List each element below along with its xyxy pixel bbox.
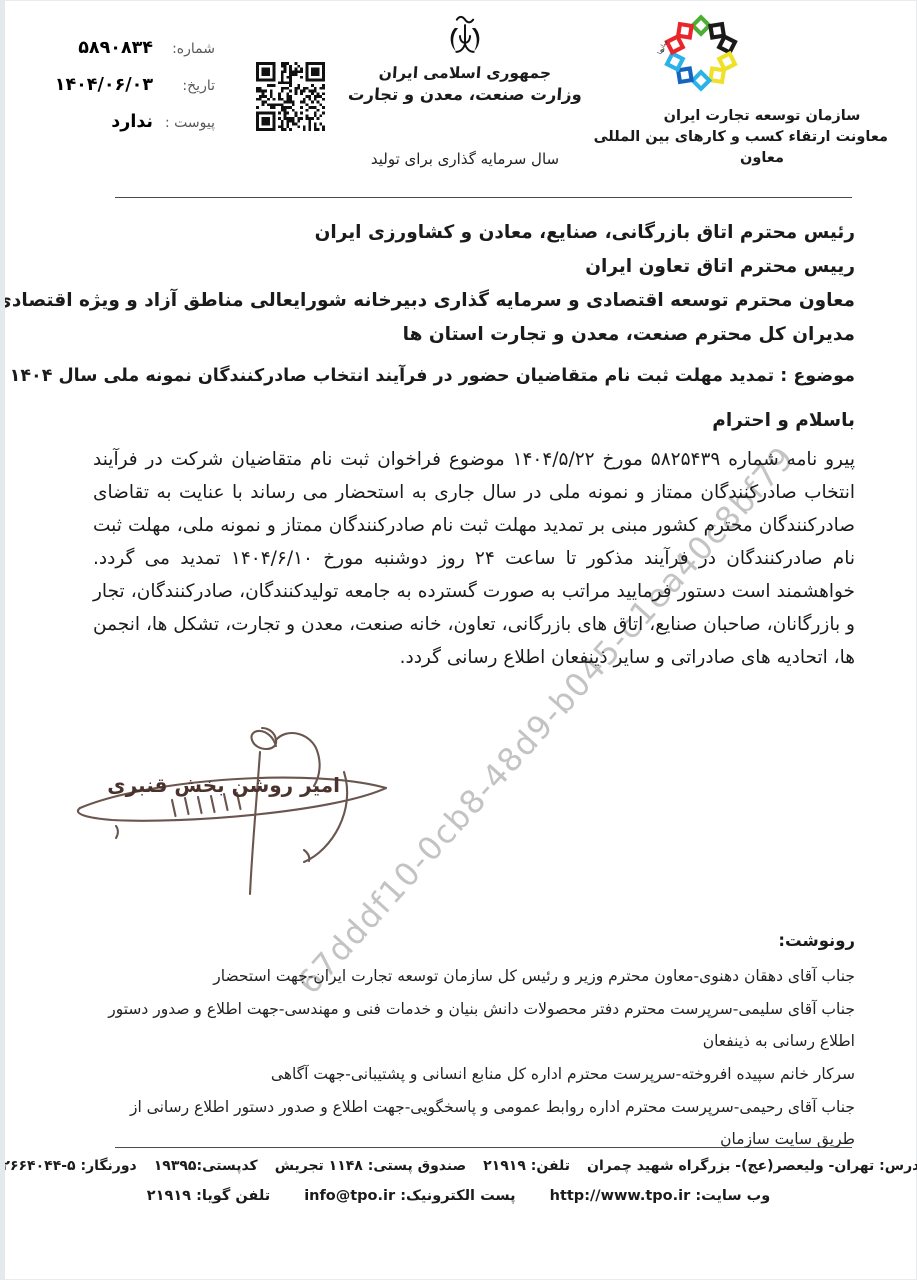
org-line-3: معاون bbox=[636, 148, 888, 169]
footer-website-label: وب سایت: bbox=[695, 1188, 770, 1204]
doc-date-label: تاریخ: bbox=[163, 78, 215, 94]
cc-item: سرکار خانم سپیده افروخته-سرپرست محترم اد… bbox=[89, 1058, 855, 1090]
footer-divider bbox=[115, 1147, 852, 1148]
header-divider bbox=[115, 197, 852, 198]
page-edge bbox=[0, 0, 5, 1280]
signature-icon bbox=[62, 698, 402, 903]
recipient-line: مدیران کل محترم صنعت، معدن و تجارت استان… bbox=[85, 318, 855, 352]
state-name: جمهوری اسلامی ایران bbox=[339, 64, 590, 82]
subject-line: موضوع : تمدید مهلت ثبت نام متقاضیان حضور… bbox=[65, 366, 855, 386]
recipient-line: رییس محترم اتاق تعاون ایران bbox=[85, 250, 855, 284]
recipient-line: معاون محترم توسعه اقتصادی و سرمایه گذاری… bbox=[85, 284, 855, 318]
doc-date-row: تاریخ: ۱۴۰۴/۰۶/۰۳ bbox=[45, 75, 215, 95]
footer-contact-line: آدرس: تهران- ولیعصر(عج)- بزرگراه شهید چم… bbox=[40, 1158, 877, 1174]
doc-date-value: ۱۴۰۴/۰۶/۰۳ bbox=[55, 75, 153, 95]
footer-pobox: صندوق پستی: ۱۱۴۸ تجریش bbox=[275, 1158, 466, 1174]
footer-website: وب سایت: http://www.tpo.ir bbox=[550, 1188, 771, 1204]
letter-page: شماره: ۵۸۹۰۸۳۴ تاریخ: ۱۴۰۴/۰۶/۰۳ پیوست :… bbox=[0, 0, 917, 1280]
tpo-logo: سازمان توسعه تجارت ایران Trade Promotion… bbox=[652, 4, 750, 102]
footer-voice-phone: تلفن گویا: ۲۱۹۱۹ bbox=[147, 1188, 270, 1204]
footer-email: پست الکترونیک: info@tpo.ir bbox=[304, 1188, 515, 1204]
cc-item: جناب آقای دهقان دهنوی-معاون محترم وزیر و… bbox=[89, 960, 855, 992]
cc-list: جناب آقای دهقان دهنوی-معاون محترم وزیر و… bbox=[89, 960, 855, 1156]
doc-attachment-value: ندارد bbox=[111, 112, 153, 132]
logo-text-fa: سازمان توسعه تجارت ایران bbox=[652, 4, 669, 55]
footer-email-label: پست الکترونیک: bbox=[400, 1188, 515, 1204]
footer-phone: تلفن: ۲۱۹۱۹ bbox=[483, 1158, 570, 1174]
iran-emblem-icon bbox=[445, 12, 485, 60]
signer-name: امیر روشن بخش قنبری bbox=[112, 773, 340, 797]
footer-postal-code: کدپستی:۱۹۳۹۵ bbox=[154, 1158, 258, 1174]
ministry-block: جمهوری اسلامی ایران وزارت صنعت، معدن و ت… bbox=[340, 12, 590, 104]
org-line-2: معاونت ارتقاء کسب و کارهای بین المللی bbox=[636, 127, 888, 148]
doc-number-row: شماره: ۵۸۹۰۸۳۴ bbox=[45, 38, 215, 58]
cc-item: جناب آقای رحیمی-سرپرست محترم اداره روابط… bbox=[89, 1091, 855, 1155]
salutation: باسلام و احترام bbox=[712, 410, 855, 431]
doc-attachment-row: پیوست : ندارد bbox=[45, 112, 215, 132]
doc-attachment-label: پیوست : bbox=[163, 115, 215, 131]
letter-body: پیرو نامه شماره ۵۸۲۵۴۳۹ مورخ ۱۴۰۴/۵/۲۲ م… bbox=[93, 443, 855, 674]
recipient-line: رئیس محترم اتاق بازرگانی، صنایع، معادن و… bbox=[85, 216, 855, 250]
recipients-list: رئیس محترم اتاق بازرگانی، صنایع، معادن و… bbox=[85, 216, 855, 352]
qr-code bbox=[256, 62, 325, 131]
cc-title: رونوشت: bbox=[778, 931, 855, 950]
footer-address: آدرس: تهران- ولیعصر(عج)- بزرگراه شهید چم… bbox=[587, 1158, 917, 1174]
footer-website-url: http://www.tpo.ir bbox=[550, 1188, 691, 1204]
org-line-1: سازمان توسعه تجارت ایران bbox=[636, 106, 888, 127]
footer-web-line: وب سایت: http://www.tpo.ir پست الکترونیک… bbox=[40, 1188, 877, 1204]
doc-number-value: ۵۸۹۰۸۳۴ bbox=[78, 38, 153, 58]
document-meta: شماره: ۵۸۹۰۸۳۴ تاریخ: ۱۴۰۴/۰۶/۰۳ پیوست :… bbox=[45, 38, 215, 149]
org-header: سازمان توسعه تجارت ایران معاونت ارتقاء ک… bbox=[636, 106, 888, 169]
footer-fax: دورنگار: ۵-۲۲۶۶۴۰۴۴ bbox=[0, 1158, 137, 1174]
year-slogan: سال سرمایه گذاری برای تولید bbox=[340, 150, 590, 168]
cc-item: جناب آقای سلیمی-سرپرست محترم دفتر محصولا… bbox=[89, 993, 855, 1057]
ministry-name: وزارت صنعت، معدن و تجارت bbox=[339, 85, 590, 104]
doc-number-label: شماره: bbox=[163, 41, 215, 57]
footer-email-address: info@tpo.ir bbox=[304, 1188, 395, 1204]
